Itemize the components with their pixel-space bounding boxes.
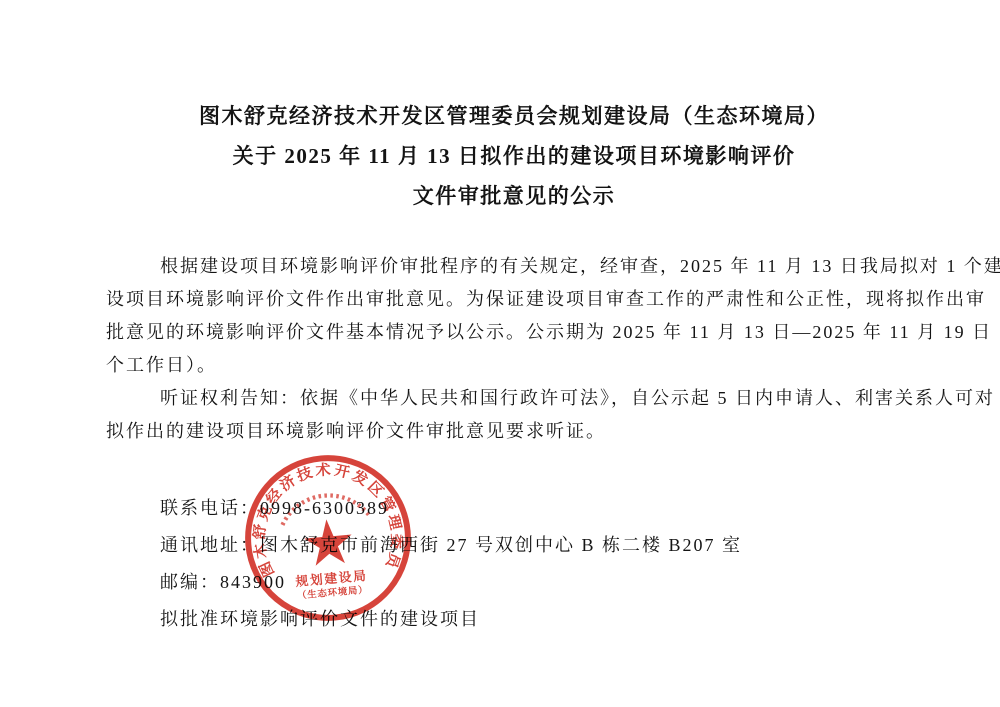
contact-postcode: 邮编：843900 <box>160 564 922 601</box>
paragraph-line: 拟作出的建设项目环境影响评价文件审批意见要求听证。 <box>106 415 922 448</box>
contact-phone: 联系电话：0998-6300389 <box>160 490 922 527</box>
title-line-3: 文件审批意见的公示 <box>106 176 922 216</box>
paragraph-line: 批意见的环境影响评价文件基本情况予以公示。公示期为 2025 年 11 月 13… <box>106 316 922 349</box>
contact-block: 联系电话：0998-6300389 通讯地址：图木舒克市前海西街 27 号双创中… <box>106 490 922 638</box>
page-title: 图木舒克经济技术开发区管理委员会规划建设局（生态环境局） 关于 2025 年 1… <box>106 96 922 216</box>
title-line-1: 图木舒克经济技术开发区管理委员会规划建设局（生态环境局） <box>106 96 922 136</box>
paragraph-announcement: 根据建设项目环境影响评价审批程序的有关规定，经审查，2025 年 11 月 13… <box>106 250 922 382</box>
paragraph-line: 听证权利告知：依据《中华人民共和国行政许可法》，自公示起 5 日内申请人、利害关… <box>106 382 922 415</box>
paragraph-line: 个工作日）。 <box>106 349 922 382</box>
paragraph-line: 根据建设项目环境影响评价审批程序的有关规定，经审查，2025 年 11 月 13… <box>106 250 922 283</box>
paragraph-hearing-rights: 听证权利告知：依据《中华人民共和国行政许可法》，自公示起 5 日内申请人、利害关… <box>106 382 922 448</box>
document-page: 图木舒克经济技术开发区管理委员会规划建设局（生态环境局） 关于 2025 年 1… <box>0 0 1000 707</box>
project-list-heading: 拟批准环境影响评价文件的建设项目 <box>160 601 922 638</box>
paragraph-line: 设项目环境影响评价文件作出审批意见。为保证建设项目审查工作的严肃性和公正性，现将… <box>106 283 922 316</box>
contact-address: 通讯地址：图木舒克市前海西街 27 号双创中心 B 栋二楼 B207 室 <box>160 527 922 564</box>
document-content: 图木舒克经济技术开发区管理委员会规划建设局（生态环境局） 关于 2025 年 1… <box>106 96 922 638</box>
title-line-2: 关于 2025 年 11 月 13 日拟作出的建设项目环境影响评价 <box>106 136 922 176</box>
